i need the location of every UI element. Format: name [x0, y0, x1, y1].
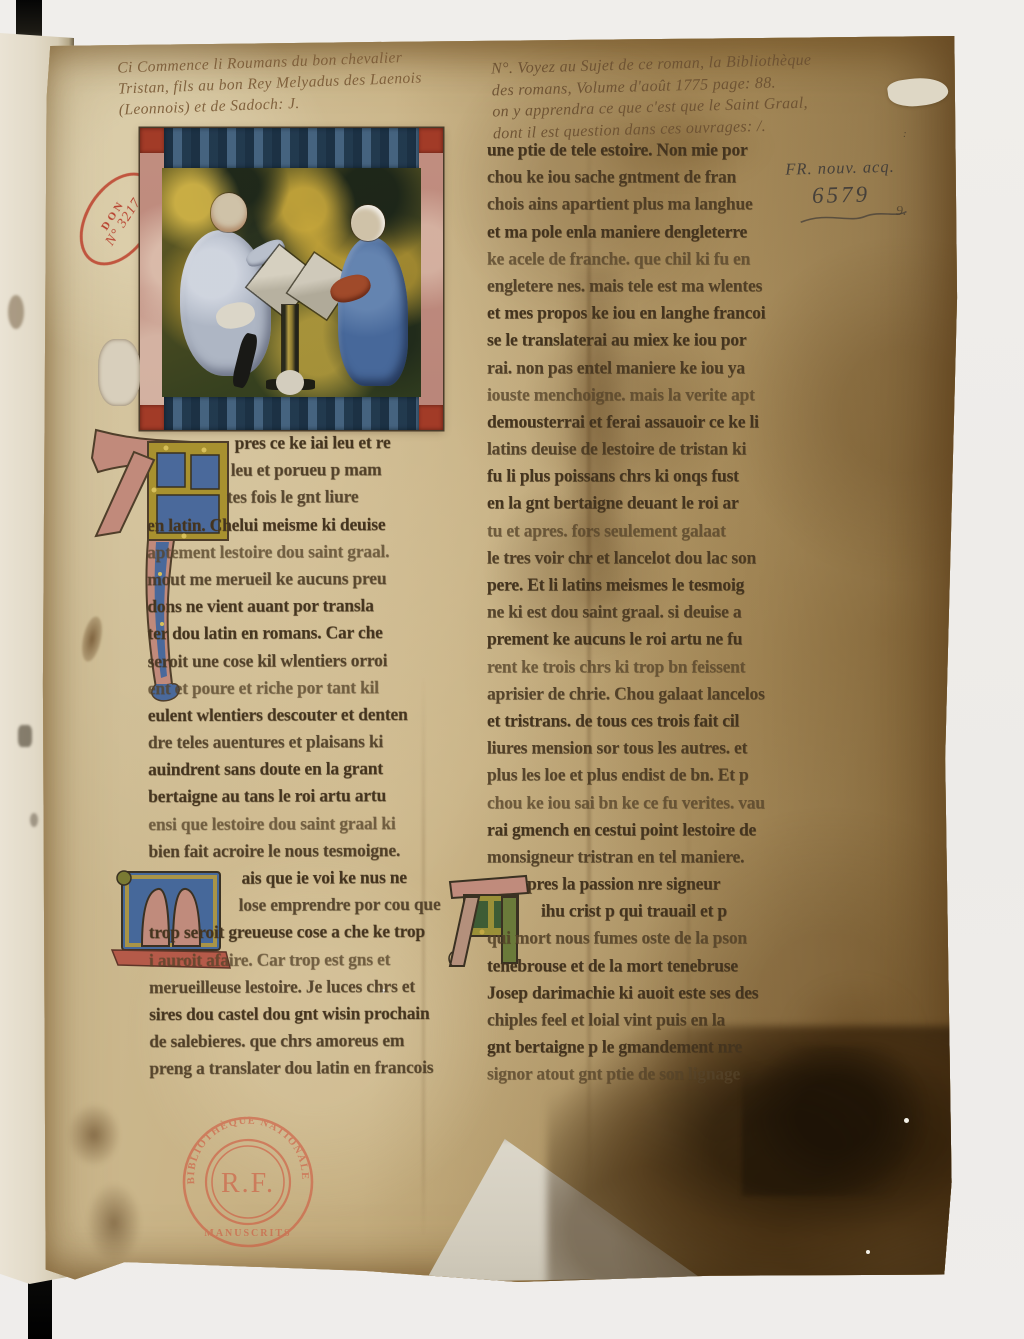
- librarian-note-title: Ci Commence li Roumans du bon chevalierT…: [117, 46, 423, 120]
- text-line: chou ke iou sai bn ke ce fu verites. vau: [487, 792, 829, 820]
- margin-mark: :: [903, 128, 907, 140]
- miniature-illumination: [140, 128, 443, 430]
- librarian-note-reference: N°. Voyez au Sujet de ce roman, la Bibli…: [491, 50, 814, 145]
- text-line: seroit une cose kil wlentiers orroi: [148, 649, 466, 679]
- svg-text:R.F.: R.F.: [221, 1168, 275, 1199]
- text-line: en latin. Chelui meisme ki deuise: [147, 513, 465, 543]
- text-line: se le translaterai au miex ke iou por: [487, 329, 829, 357]
- text-line: gnt bertaigne p le gmandement nre: [487, 1036, 829, 1064]
- text-line: mout me merueil ke aucuns preu: [147, 567, 465, 597]
- miniature-corner: [140, 128, 165, 153]
- text-line: auindrent sans doute en la grant: [148, 758, 466, 788]
- text-line: i auroit afaire. Car trop est gns et: [149, 948, 467, 978]
- text-line: plus les loe et plus endist de bn. Et p: [487, 764, 829, 792]
- bottom-left-stain: [68, 1104, 120, 1166]
- text-line: de salebieres. que chrs amoreus em: [149, 1029, 467, 1059]
- margin-mark: 9.: [896, 204, 907, 220]
- left-text-column: pres ce ke iai leu et releu et porueu p …: [147, 431, 468, 1085]
- text-line: demousterrai et ferai assauoir ce ke li: [487, 411, 829, 439]
- standing-figure-robe: [338, 237, 408, 386]
- miniature-top-band: [164, 128, 419, 168]
- standing-figure-head: [351, 205, 385, 242]
- text-line: fu li plus poissans chrs ki onqs fust: [487, 465, 829, 493]
- text-line: chois ains apartient plus ma langhue: [487, 193, 829, 221]
- text-line: eulent wlentiers descouter et denten: [148, 703, 466, 733]
- text-line: en la gnt bertaigne deuant le roi ar: [487, 492, 829, 520]
- text-line: signor atout gnt ptie de son lignage: [487, 1063, 829, 1091]
- pinhole-fleck: [904, 1118, 909, 1123]
- text-line: bertaigne au tans le roi artu artu: [148, 785, 466, 815]
- text-line: trop seroit greueuse cose a che ke trop: [149, 921, 467, 951]
- text-line: ne ki est dou saint graal. si deuise a: [487, 601, 829, 629]
- miniature-corner: [418, 405, 443, 430]
- text-line: dons ne vient auant por transla: [147, 594, 465, 624]
- right-text-column: une ptie de tele estoire. Non mie porcho…: [487, 139, 829, 1091]
- text-line: dre teles auentures et plaisans ki: [148, 730, 466, 760]
- text-line: Josep darimachie ki auoit este ses des: [487, 982, 829, 1010]
- text-line: le tres voir chr et lancelot dou lac son: [487, 547, 829, 575]
- text-line: sires dou castel dou gnt wisin prochain: [149, 1002, 467, 1032]
- text-line: rai gmench en cestui point lestoire de: [487, 819, 829, 847]
- text-line: engletere nes. mais tele est ma wlentes: [487, 275, 829, 303]
- text-line: ais que ie voi ke nus ne: [241, 866, 466, 895]
- text-line: rai. non pas entel maniere ke iou ya: [487, 357, 829, 385]
- text-line: pere. Et li latins meismes le tesmoig: [487, 574, 829, 602]
- text-line: pres la passion nre signeur: [527, 873, 829, 901]
- text-line: ihu crist p qui trauail et p: [541, 900, 829, 928]
- text-line: chou ke iou sache gntment de fran: [487, 166, 829, 194]
- text-line: preng a translater dou latin en francois: [149, 1057, 467, 1087]
- text-line: bien fait acroire le nous tesmoigne.: [148, 839, 466, 869]
- text-line: prement ke aucuns le roi artu ne fu: [487, 628, 829, 656]
- text-line: aptement lestoire dou saint graal.: [147, 540, 465, 570]
- pinhole-fleck: [866, 1250, 870, 1254]
- lectern-column: [282, 305, 298, 378]
- text-line: latins deuise de lestoire de tristan ki: [487, 438, 829, 466]
- text-line: monsigneur tristran en tel maniere.: [487, 846, 829, 874]
- backing-pen-mark: [30, 813, 38, 827]
- svg-text:MANUSCRITS: MANUSCRITS: [204, 1228, 291, 1239]
- rf-library-stamp: BIBLIOTHÈQUE NATIONALE MANUSCRITS R.F.: [176, 1110, 320, 1254]
- text-line: ter dou latin en romans. Car che: [147, 622, 465, 652]
- text-line: tes fois le gnt liure: [227, 486, 465, 515]
- text-line: chiples feel et loial vint puis en la: [487, 1009, 829, 1037]
- text-line: merueilleuse lestoire. Je luces chrs et: [149, 975, 467, 1005]
- text-line: tu et apres. fors seulement galaat: [487, 520, 829, 548]
- text-line: ensi que lestoire dou saint graal ki: [148, 812, 466, 842]
- text-line: une ptie de tele estoire. Non mie por: [487, 139, 829, 167]
- text-line: qui mort nous fumes oste de la pson: [487, 927, 829, 955]
- text-line: rent ke trois chrs ki trop bn feissent: [487, 656, 829, 684]
- backing-stain: [8, 295, 24, 329]
- white-blob: [276, 370, 304, 395]
- text-line: et mes propos ke iou en langhe francoi: [487, 302, 829, 330]
- edge-repair-chip: [886, 74, 949, 110]
- text-line: ke acele de franche. que chil ki fu en: [487, 248, 829, 276]
- miniature-margin-ornament: [98, 339, 140, 405]
- text-line: iouste menchoigne. mais la verite apt: [487, 384, 829, 412]
- seated-figure-head: [211, 193, 247, 232]
- manuscript-scan: Ci Commence li Roumans du bon chevalierT…: [0, 0, 1024, 1339]
- text-line: et ma pole enla maniere dengleterre: [487, 221, 829, 249]
- text-line: lose emprendre por cou que: [239, 893, 467, 922]
- bottom-left-stain: [86, 1182, 142, 1264]
- miniature-scene: [162, 168, 421, 397]
- text-line: ent et poure et riche por tant kil: [148, 676, 466, 706]
- torn-repair-patch: [425, 1136, 700, 1282]
- text-line: aprisier de chrie. Chou galaat lancelos: [487, 683, 829, 711]
- text-line: leu et porueu p mam: [231, 458, 465, 487]
- miniature-corner: [418, 128, 443, 153]
- text-line: tenebrouse et de la mort tenebruse: [487, 955, 829, 983]
- text-line: pres ce ke iai leu et re: [235, 431, 465, 460]
- backing-pen-mark: [18, 725, 32, 747]
- text-line: et tristrans. de tous ces trois fait cil: [487, 710, 829, 738]
- text-line: liures mension sor tous les autres. et: [487, 737, 829, 765]
